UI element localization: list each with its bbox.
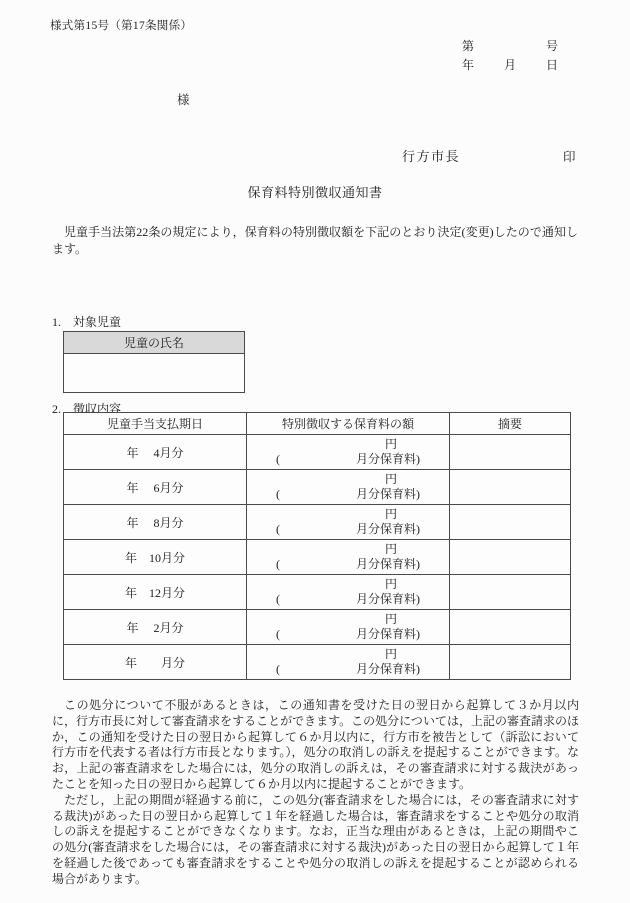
amount-unit-label: 円 [247,437,449,452]
amount-cell: 円 ( 月分保育料) [247,540,450,575]
amount-unit-label: 円 [247,577,449,592]
table-row: 年 8月分 円 ( 月分保育料) [64,505,571,540]
table-row: 年 6月分 円 ( 月分保育料) [64,470,571,505]
amount-paren-line: ( 月分保育料) [247,627,449,642]
amount-paren-open: ( [276,627,280,642]
payment-period-cell: 年 10月分 [64,540,247,575]
document-page: 様式第15号（第17条関係） 第 号 年 月 日 様 行方市長 印 保育料特別徴… [0,0,630,903]
amount-paren-line: ( 月分保育料) [247,662,449,677]
intro-paragraph: 児童手当法第22条の規定により，保育料の特別徴収額を下記のとおり決定(変更)した… [52,224,578,257]
date-day-label: 日 [546,56,558,73]
amount-unit-label: 円 [247,472,449,487]
payment-period-cell: 年 8月分 [64,505,247,540]
amount-unit-label: 円 [247,507,449,522]
amount-paren-open: ( [276,487,280,502]
table-row: 年 10月分 円 ( 月分保育料) [64,540,571,575]
payment-period-cell: 年 2月分 [64,610,247,645]
amount-paren-line: ( 月分保育料) [247,487,449,502]
table-row: 年 4月分 円 ( 月分保育料) [64,435,571,470]
header-note: 摘要 [450,413,571,435]
collection-table-header-row: 児童手当支払期日 特別徴収する保育料の額 摘要 [64,413,571,435]
document-number-suffix: 号 [546,37,558,54]
notice-paragraph-2: ただし，上記の期間が経過する前に，この処分(審査請求をした場合には，その審査請求… [52,793,579,888]
payment-period-cell: 年 6月分 [64,470,247,505]
table-row: 年 2月分 円 ( 月分保育料) [64,610,571,645]
table-row: 年 月分 円 ( 月分保育料) [64,645,571,680]
notice-paragraph-1: この処分について不服があるときは，この通知書を受けた日の翌日から起算して３か月以… [52,698,579,793]
amount-unit-label: 円 [247,647,449,662]
amount-paren-label: 月分保育料) [356,662,420,677]
addressee-honorific: 様 [177,90,190,108]
amount-paren-label: 月分保育料) [356,592,420,607]
amount-paren-open: ( [276,452,280,467]
note-cell [450,540,571,575]
amount-paren-label: 月分保育料) [356,487,420,502]
amount-paren-open: ( [276,592,280,607]
amount-paren-open: ( [276,522,280,537]
amount-cell: 円 ( 月分保育料) [247,435,450,470]
date-month-label: 月 [504,56,516,73]
note-cell [450,435,571,470]
page-title: 保育料特別徴収通知書 [0,182,630,201]
section1-label: 1. 対象児童 [52,313,121,330]
amount-unit-label: 円 [247,542,449,557]
seal-mark: 印 [563,147,576,165]
amount-paren-line: ( 月分保育料) [247,522,449,537]
amount-unit-label: 円 [247,612,449,627]
amount-paren-open: ( [276,662,280,677]
amount-cell: 円 ( 月分保育料) [247,575,450,610]
amount-paren-label: 月分保育料) [356,522,420,537]
note-cell [450,505,571,540]
form-number: 様式第15号（第17条関係） [50,17,192,33]
children-name-cell [64,354,245,393]
amount-paren-line: ( 月分保育料) [247,592,449,607]
amount-paren-line: ( 月分保育料) [247,557,449,572]
children-table-value-row [64,354,245,393]
amount-paren-label: 月分保育料) [356,452,420,467]
note-cell [450,610,571,645]
note-cell [450,645,571,680]
appeal-notice: この処分について不服があるときは，この通知書を受けた日の翌日から起算して３か月以… [52,698,579,888]
amount-cell: 円 ( 月分保育料) [247,470,450,505]
amount-cell: 円 ( 月分保育料) [247,505,450,540]
amount-cell: 円 ( 月分保育料) [247,610,450,645]
issuer-name: 行方市長 [402,146,460,165]
children-table: 児童の氏名 [63,331,245,393]
date-year-label: 年 [462,56,474,73]
payment-period-cell: 年 4月分 [64,435,247,470]
payment-period-cell: 年 月分 [64,645,247,680]
payment-period-cell: 年 12月分 [64,575,247,610]
amount-paren-label: 月分保育料) [356,557,420,572]
note-cell [450,470,571,505]
amount-paren-line: ( 月分保育料) [247,452,449,467]
children-table-header-row: 児童の氏名 [64,332,245,354]
document-number-prefix: 第 [462,37,474,54]
header-payment-period: 児童手当支払期日 [64,413,247,435]
date-line: 年 月 日 [462,56,558,73]
note-cell [450,575,571,610]
header-amount: 特別徴収する保育料の額 [247,413,450,435]
document-number-line: 第 号 [462,37,558,54]
amount-paren-open: ( [276,557,280,572]
amount-cell: 円 ( 月分保育料) [247,645,450,680]
collection-table: 児童手当支払期日 特別徴収する保育料の額 摘要 年 4月分 円 ( 月分保育料)… [63,412,571,680]
table-row: 年 12月分 円 ( 月分保育料) [64,575,571,610]
amount-paren-label: 月分保育料) [356,627,420,642]
children-name-header: 児童の氏名 [64,332,245,354]
